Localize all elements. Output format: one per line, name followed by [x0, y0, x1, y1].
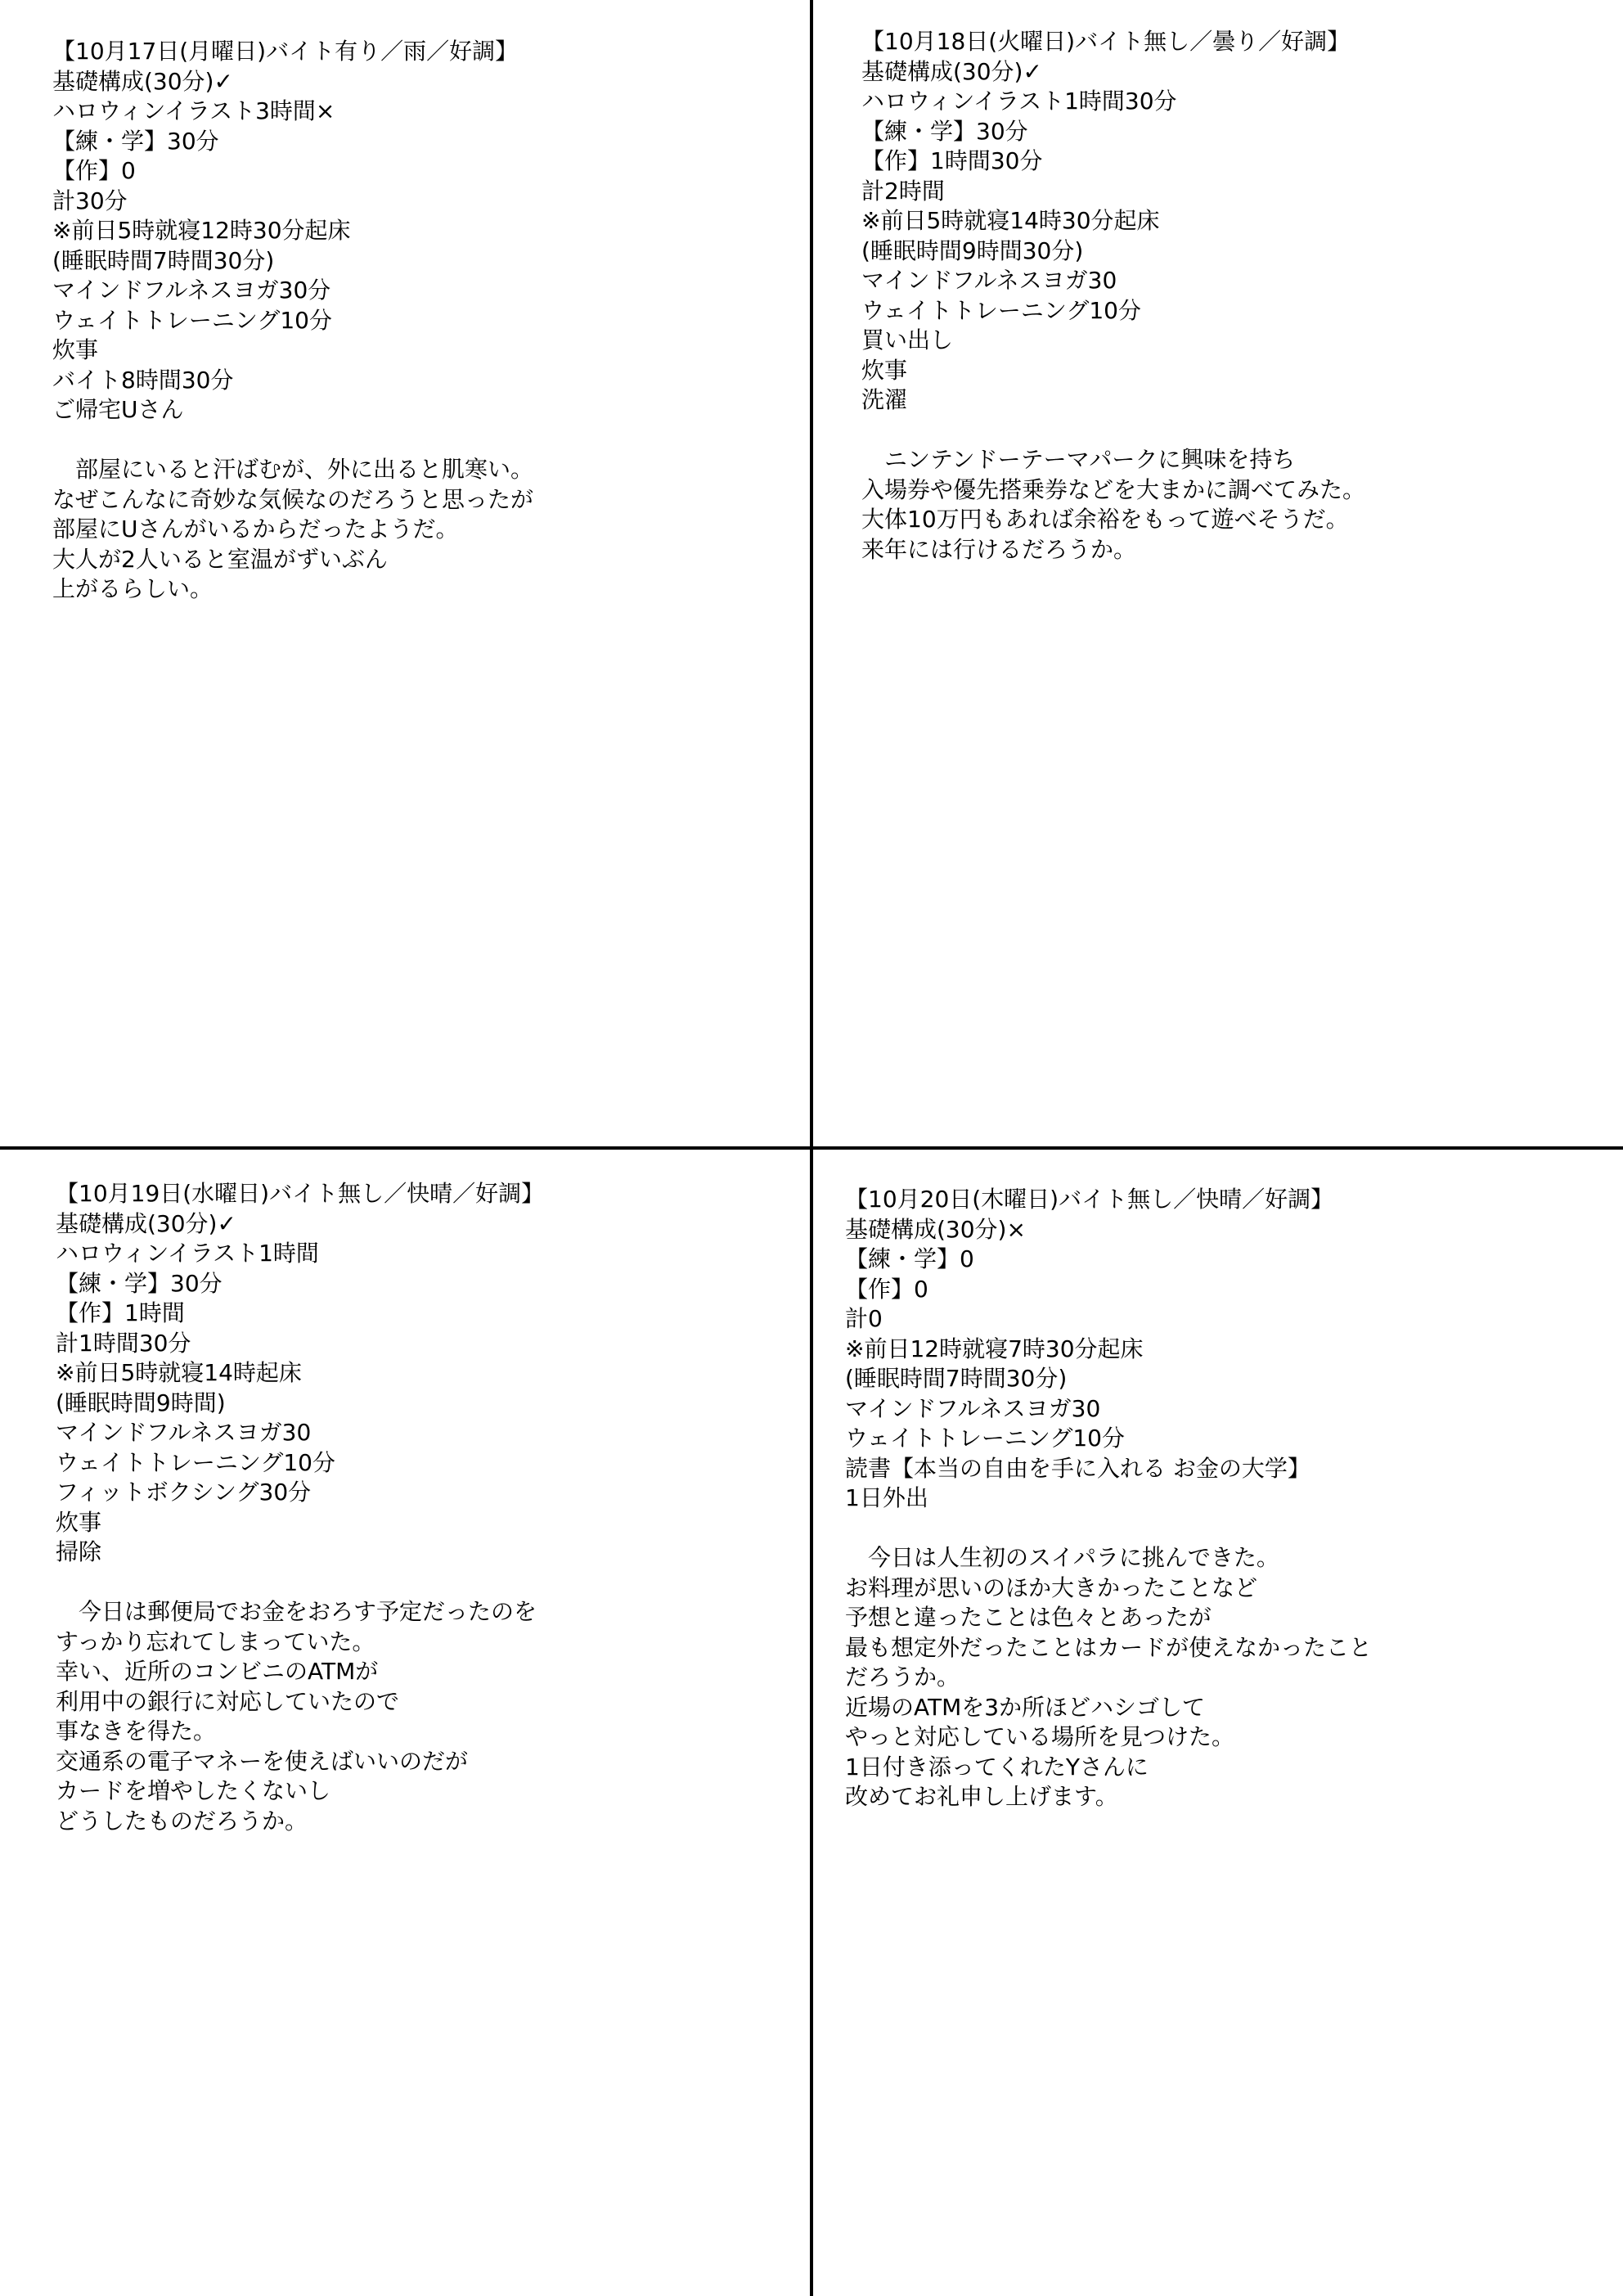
note-line: 大人が2人いると室温がずいぶん [52, 545, 789, 575]
log-line: 【練・学】0 [845, 1245, 1581, 1275]
log-line: ウェイトトレーニング10分 [861, 296, 1598, 326]
log-line: マインドフルネスヨガ30 [845, 1394, 1581, 1425]
note-line: 近場のATMを3か所ほどハシゴして [845, 1693, 1581, 1723]
log-line: 計1時間30分 [56, 1329, 792, 1359]
note-line: 来年には行けるだろうか。 [861, 535, 1598, 565]
log-line: ウェイトトレーニング10分 [52, 306, 789, 336]
diary-entry-oct20: 【10月20日(木曜日)バイト無し／快晴／好調】 基礎構成(30分)× 【練・学… [845, 1185, 1581, 1812]
log-line: 基礎構成(30分)× [845, 1215, 1581, 1245]
log-line: マインドフルネスヨガ30 [56, 1418, 792, 1448]
paragraph-gap [861, 416, 1598, 446]
paragraph-gap [52, 425, 789, 456]
log-line: 【作】1時間30分 [861, 146, 1598, 177]
note-line: カードを増やしたくないし [56, 1776, 792, 1807]
note-line: 部屋にUさんがいるからだったようだ。 [52, 515, 789, 545]
log-line: 計2時間 [861, 177, 1598, 207]
note-line: 利用中の銀行に対応していたので [56, 1687, 792, 1717]
diary-entry-oct18: 【10月18日(火曜日)バイト無し／曇り／好調】 基礎構成(30分)✓ ハロウィ… [861, 27, 1598, 565]
log-line: 掃除 [56, 1537, 792, 1568]
note-line: 改めてお礼申し上げます。 [845, 1782, 1581, 1812]
log-line: 【作】0 [845, 1275, 1581, 1305]
note-line: だろうか。 [845, 1663, 1581, 1693]
log-line: 炊事 [861, 356, 1598, 386]
log-line: 【練・学】30分 [861, 117, 1598, 147]
note-line: すっかり忘れてしまっていた。 [56, 1627, 792, 1658]
note-line: 入場券や優先搭乗券などを大まかに調べてみた。 [861, 475, 1598, 506]
log-line: 【練・学】30分 [52, 127, 789, 157]
diary-entry-oct17: 【10月17日(月曜日)バイト有り／雨／好調】 基礎構成(30分)✓ ハロウィン… [52, 37, 789, 605]
note-line: 予想と違ったことは色々とあったが [845, 1603, 1581, 1633]
note-line: お料理が思いのほか大きかったことなど [845, 1573, 1581, 1604]
log-line: ※前日5時就寝14時起床 [56, 1358, 792, 1389]
log-line: ハロウィンイラスト3時間× [52, 97, 789, 127]
log-line: 計0 [845, 1304, 1581, 1335]
note-line: 今日は人生初のスイパラに挑んできた。 [845, 1543, 1581, 1573]
note-line: どうしたものだろうか。 [56, 1807, 792, 1837]
note-line: 交通系の電子マネーを使えばいいのだが [56, 1747, 792, 1777]
log-line: (睡眠時間7時間30分) [845, 1364, 1581, 1394]
entry-header: 【10月19日(水曜日)バイト無し／快晴／好調】 [56, 1179, 792, 1209]
entry-header: 【10月18日(火曜日)バイト無し／曇り／好調】 [861, 27, 1598, 57]
paragraph-gap [56, 1568, 792, 1598]
log-line: ※前日5時就寝12時30分起床 [52, 216, 789, 246]
log-line: 炊事 [52, 335, 789, 366]
note-line: 1日付き添ってくれたYさんに [845, 1753, 1581, 1783]
log-line: 炊事 [56, 1508, 792, 1538]
log-line: 【作】1時間 [56, 1299, 792, 1329]
log-line: ※前日12時就寝7時30分起床 [845, 1335, 1581, 1365]
log-line: ご帰宅Uさん [52, 395, 789, 425]
log-line: (睡眠時間7時間30分) [52, 246, 789, 277]
entry-header: 【10月17日(月曜日)バイト有り／雨／好調】 [52, 37, 789, 67]
diary-entry-oct19: 【10月19日(水曜日)バイト無し／快晴／好調】 基礎構成(30分)✓ ハロウィ… [56, 1179, 792, 1836]
log-line: 買い出し [861, 326, 1598, 356]
log-line: 基礎構成(30分)✓ [56, 1209, 792, 1240]
note-line: 幸い、近所のコンビニのATMが [56, 1657, 792, 1687]
log-line: ※前日5時就寝14時30分起床 [861, 206, 1598, 236]
note-line: 最も想定外だったことはカードが使えなかったこと [845, 1633, 1581, 1663]
note-line: なぜこんなに奇妙な気候なのだろうと思ったが [52, 485, 789, 515]
log-line: マインドフルネスヨガ30分 [52, 276, 789, 306]
log-line: (睡眠時間9時間30分) [861, 236, 1598, 267]
log-line: 1日外出 [845, 1483, 1581, 1514]
log-line: バイト8時間30分 [52, 366, 789, 396]
log-line: フィットボクシング30分 [56, 1478, 792, 1508]
log-line: 【練・学】30分 [56, 1269, 792, 1299]
entry-header: 【10月20日(木曜日)バイト無し／快晴／好調】 [845, 1185, 1581, 1215]
log-line: 読書【本当の自由を手に入れる お金の大学】 [845, 1454, 1581, 1484]
note-line: 部屋にいると汗ばむが、外に出ると肌寒い。 [52, 455, 789, 485]
log-line: 洗濯 [861, 385, 1598, 416]
note-line: ニンテンドーテーマパークに興味を持ち [861, 445, 1598, 475]
log-line: 計30分 [52, 187, 789, 217]
log-line: ウェイトトレーニング10分 [845, 1424, 1581, 1454]
note-line: 上がるらしい。 [52, 574, 789, 605]
note-line: 今日は郵便局でお金をおろす予定だったのを [56, 1597, 792, 1627]
log-line: マインドフルネスヨガ30 [861, 266, 1598, 296]
log-line: 【作】0 [52, 156, 789, 187]
horizontal-divider [0, 1146, 1623, 1150]
note-line: やっと対応している場所を見つけた。 [845, 1722, 1581, 1753]
log-line: 基礎構成(30分)✓ [861, 57, 1598, 88]
note-line: 大体10万円もあれば余裕をもって遊べそうだ。 [861, 505, 1598, 535]
log-line: 基礎構成(30分)✓ [52, 67, 789, 97]
log-line: ハロウィンイラスト1時間30分 [861, 87, 1598, 117]
log-line: (睡眠時間9時間) [56, 1389, 792, 1419]
note-line: 事なきを得た。 [56, 1717, 792, 1747]
log-line: ハロウィンイラスト1時間 [56, 1239, 792, 1269]
paragraph-gap [845, 1514, 1581, 1544]
log-line: ウェイトトレーニング10分 [56, 1448, 792, 1479]
